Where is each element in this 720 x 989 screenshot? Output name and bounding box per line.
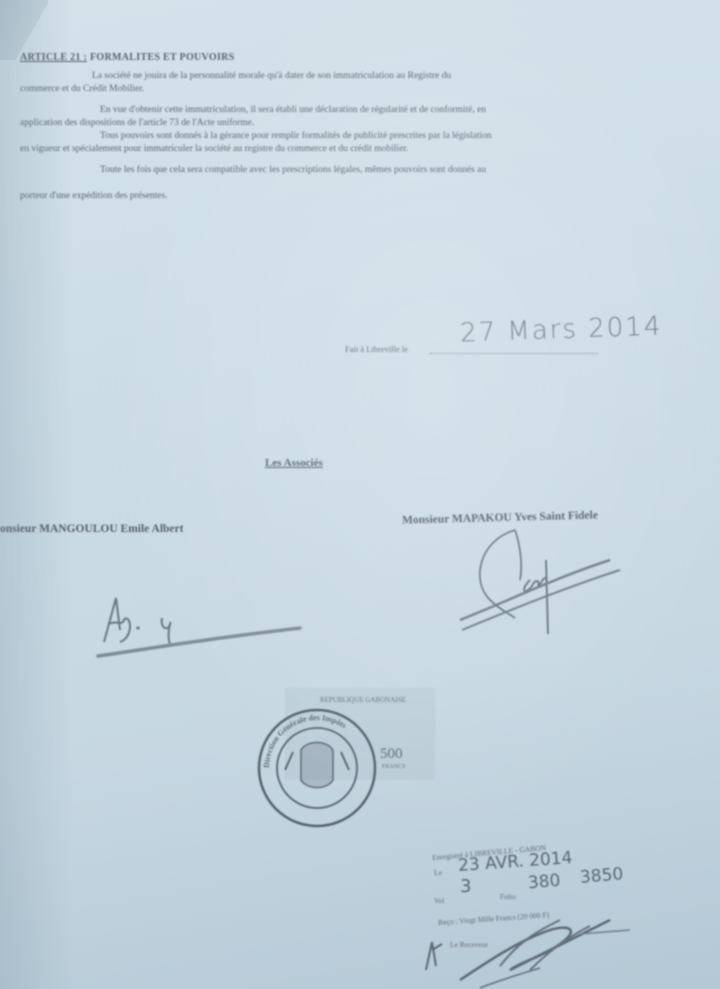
paragraph-1-line-2: commerce et du Crédit Mobilier. <box>20 83 144 95</box>
paragraph-3-line-1: Tous pouvoirs sont donnés à la gérance p… <box>100 130 492 142</box>
paragraph-4-line-1: Toute les fois que cela sera compatible … <box>100 164 486 176</box>
associate-left-name: onsieur MANGOULOU Emile Albert <box>0 523 183 535</box>
page-corner-fold <box>0 0 48 60</box>
registration-folio-value: 380 <box>527 871 561 894</box>
receiver-signature-icon <box>420 900 650 989</box>
stamp-header-text: REPUBLIQUE GABONAISE <box>320 696 406 704</box>
stamp-value: 500 <box>380 746 403 762</box>
signature-right-icon <box>450 520 630 640</box>
paragraph-2-line-2: application des dispositions de l'articl… <box>20 117 254 129</box>
paragraph-4-line-2: porteur d'une expédition des présentes. <box>20 190 168 202</box>
article-title: ARTICLE 21 : FORMALITES ET POUVOIRS <box>20 52 235 63</box>
article-heading: FORMALITES ET POUVOIRS <box>87 52 234 63</box>
handwritten-date: 27 Mars 2014 <box>460 311 663 348</box>
stamp-currency: FRANCS <box>382 764 405 770</box>
registration-date-label: Le <box>434 868 442 877</box>
article-number: ARTICLE 21 : <box>20 52 87 63</box>
paragraph-3-line-2: en vigueur et spécialement pour immatric… <box>20 143 408 155</box>
signature-left-icon <box>90 590 310 665</box>
tax-stamp-seal-icon: REPUBLIQUE GABONAISE 500 FRANCS Directio… <box>255 680 445 840</box>
registration-entry-value: 3850 <box>579 864 624 888</box>
registration-volume-value: 3 <box>460 876 471 897</box>
paragraph-2-line-1: En vue d'obtenir cette immatriculation, … <box>100 104 486 116</box>
date-dotted-line <box>430 353 598 354</box>
associates-heading: Les Associés <box>265 457 323 469</box>
paragraph-1-line-1: La société ne jouira de la personnalité … <box>92 70 451 82</box>
place-date-label: Fait à Libreville le <box>345 344 408 354</box>
